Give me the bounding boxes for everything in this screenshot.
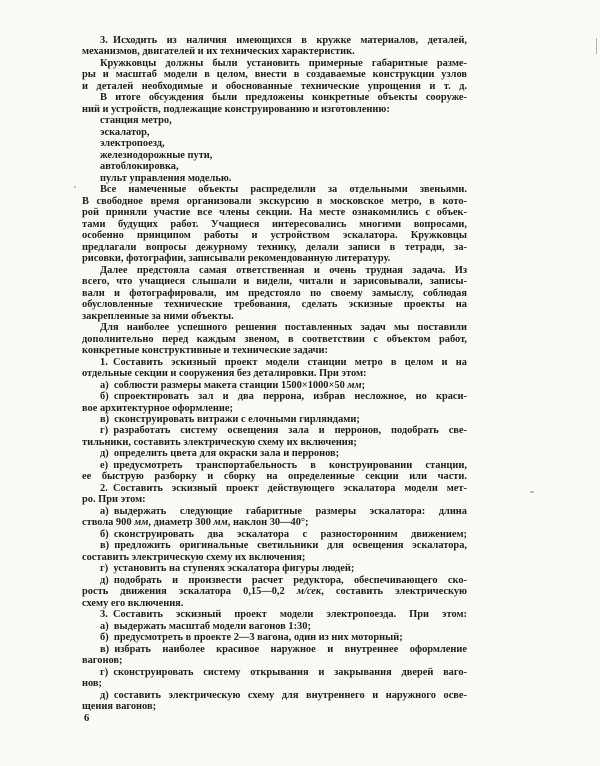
text-line: вагонов; bbox=[82, 655, 467, 666]
text-line: отдельные секции и сооружения без детали… bbox=[82, 368, 467, 379]
text-line: е) предусмотреть транспортабельность в к… bbox=[82, 460, 467, 471]
text-line: д) подобрать и произвести расчет редукто… bbox=[82, 575, 467, 586]
text-line: а) выдержать следующие габаритные размер… bbox=[82, 506, 467, 517]
text-line: г) установить на ступенях эскалатора фиг… bbox=[82, 563, 467, 574]
text-line: рость движения эскалатора 0,15—0,2 м/сек… bbox=[82, 586, 467, 597]
text-line: в) сконструировать витражи с елочными ги… bbox=[82, 414, 467, 425]
page-number: 6 bbox=[84, 713, 89, 724]
text-line: составить электрическую схему их включен… bbox=[82, 552, 467, 563]
text-line: а) соблюсти размеры макета станции 1500×… bbox=[82, 380, 467, 391]
text-line: щения вагонов; bbox=[82, 701, 467, 712]
text-line: предлагали вопросы дежурному технику, де… bbox=[82, 242, 467, 253]
text-line: г) сконструировать систему открывания и … bbox=[82, 667, 467, 678]
scan-speck bbox=[74, 186, 76, 188]
text-line: д) составить электрическую схему для вну… bbox=[82, 690, 467, 701]
text-line: нов; bbox=[82, 678, 467, 689]
text-line: г) разработать систему освещения зала и … bbox=[82, 425, 467, 436]
text-line: вали и фотографировали, им предстояло по… bbox=[82, 288, 467, 299]
text-line: особенно принципом работы и устройством … bbox=[82, 230, 467, 241]
text-line: рисовки, фотографии, записывали рекоменд… bbox=[82, 253, 467, 264]
text-line: б) предусмотреть в проекте 2—3 вагона, о… bbox=[82, 632, 467, 643]
text-line: железнодорожные пути, bbox=[82, 150, 467, 161]
text-line: пульт управления моделью. bbox=[82, 173, 467, 184]
text-line: 3. Составить эскизный проект модели элек… bbox=[82, 609, 467, 620]
page-text-block: 3. Исходить из наличия имеющихся в кружк… bbox=[82, 35, 467, 713]
text-line: 3. Исходить из наличия имеющихся в кружк… bbox=[82, 35, 467, 46]
text-line: рой приняли участие все члены секции. На… bbox=[82, 207, 467, 218]
text-line: в) избрать наиболее красивое наружное и … bbox=[82, 644, 467, 655]
text-line: вое архитектурное оформление; bbox=[82, 403, 467, 414]
text-line: эскалатор, bbox=[82, 127, 467, 138]
text-line: дополнительно перед каждым звеном, в соо… bbox=[82, 334, 467, 345]
text-line: а) выдержать масштаб модели вагонов 1:30… bbox=[82, 621, 467, 632]
text-line: б) спроектировать зал и два перрона, изб… bbox=[82, 391, 467, 402]
text-line: В итоге обсуждения были предложены конкр… bbox=[82, 92, 467, 103]
text-line: 2. Составить эскизный проект действующег… bbox=[82, 483, 467, 494]
text-line: закрепленные за ними объекты. bbox=[82, 311, 467, 322]
text-line: конкретные конструктивные и технические … bbox=[82, 345, 467, 356]
text-line: ро. При этом: bbox=[82, 494, 467, 505]
text-line: станция метро, bbox=[82, 115, 467, 126]
text-line: механизмов, двигателей и их технических … bbox=[82, 46, 467, 57]
text-line: и деталей необходимые и обоснованные тех… bbox=[82, 81, 467, 92]
text-line: 1. Составить эскизный проект модели стан… bbox=[82, 357, 467, 368]
text-line: Все намеченные объекты распределили за о… bbox=[82, 184, 467, 195]
text-line: автоблокировка, bbox=[82, 161, 467, 172]
text-line: тами будущих работ. Учащиеся интересовал… bbox=[82, 219, 467, 230]
text-line: В свободное время организовали экскурсию… bbox=[82, 196, 467, 207]
text-line: ее быструю разборку и сборку на определе… bbox=[82, 471, 467, 482]
text-line: всего, что учащиеся слышали и видели, чи… bbox=[82, 276, 467, 287]
text-line: электропоезд, bbox=[82, 138, 467, 149]
text-line: в) предложить оригинальные светильники д… bbox=[82, 540, 467, 551]
text-line: схему его включения. bbox=[82, 598, 467, 609]
text-line: обусловленные технические требования, сд… bbox=[82, 299, 467, 310]
scan-speck bbox=[530, 491, 534, 493]
text-line: Для наиболее успешного решения поставлен… bbox=[82, 322, 467, 333]
text-line: ствола 900 мм, диаметр 300 мм, наклон 30… bbox=[82, 517, 467, 528]
scan-edge-artifact bbox=[596, 38, 597, 54]
text-line: Далее предстояла самая ответственная и о… bbox=[82, 265, 467, 276]
text-line: д) определить цвета для окраски зала и п… bbox=[82, 448, 467, 459]
text-line: ний и устройств, подлежащие конструирова… bbox=[82, 104, 467, 115]
book-page: 3. Исходить из наличия имеющихся в кружк… bbox=[0, 0, 600, 766]
text-line: ры и масштаб модели в целом, внести в со… bbox=[82, 69, 467, 80]
text-line: тильники, составить электрическую схему … bbox=[82, 437, 467, 448]
text-line: б) сконструировать два эскалатора с разн… bbox=[82, 529, 467, 540]
text-line: Кружковцы должны были установить примерн… bbox=[82, 58, 467, 69]
